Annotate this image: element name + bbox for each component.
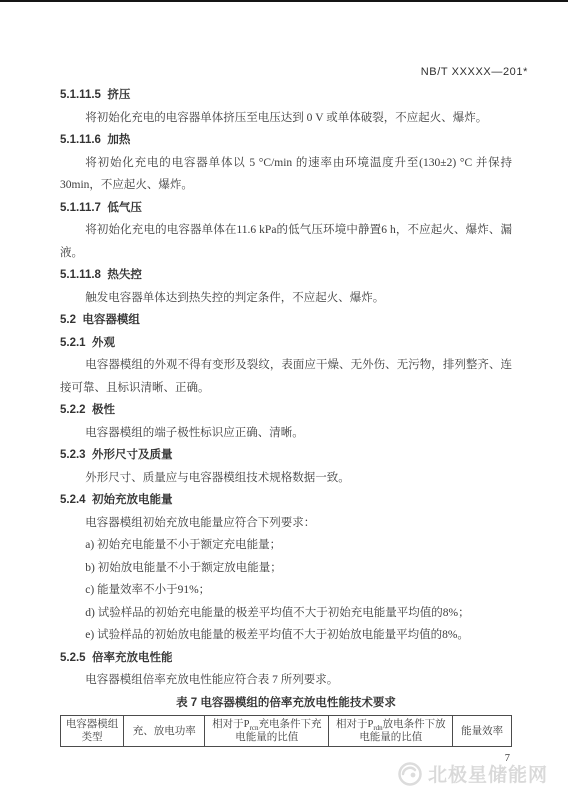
charge-ratio-prefix: 相对于P [212,719,249,730]
section-heading-5-1-11-7: 5.1.11.7 低气压 [60,197,512,220]
paragraph: 将初始化充电的电容器单体挤压至电压达到 0 V 或单体破裂，不应起火、爆炸。 [60,107,512,130]
paragraph: 电容器模组的外观不得有变形及裂纹，表面应干燥、无外伤、无污物，排列整齐、连接可靠… [60,354,512,399]
document-body: 5.1.11.5 挤压 将初始化充电的电容器单体挤压至电压达到 0 V 或单体破… [60,84,512,766]
table7-caption: 表 7 电容器模组的倍率充放电性能技术要求 [60,692,512,715]
top-border-line [0,0,568,2]
paragraph: 触发电容器单体达到热失控的判定条件，不应起火、爆炸。 [60,287,512,310]
watermark-text: 北极星储能网 [428,760,548,787]
section-heading-5-2-4: 5.2.4 初始充放电能量 [60,489,512,512]
section-heading-5-2: 5.2 电容器模组 [60,309,512,332]
paragraph: 电容器模组初始充放电能量应符合下列要求： [60,512,512,535]
table7-header-energy-efficiency: 能量效率 [453,716,512,747]
table7-header-power: 充、放电功率 [124,716,205,747]
section-heading-5-1-11-5: 5.1.11.5 挤压 [60,84,512,107]
paragraph: 电容器模组的端子极性标识应正确、清晰。 [60,422,512,445]
section-heading-5-1-11-8: 5.1.11.8 热失控 [60,264,512,287]
list-item-b: b) 初始放电能量不小于额定放电能量； [60,557,512,580]
watermark: 北极星储能网 [397,760,548,787]
standard-number-header: NB/T XXXXX—201* [421,66,528,78]
section-heading-5-2-3: 5.2.3 外形尺寸及质量 [60,444,512,467]
section-heading-5-2-2: 5.2.2 极性 [60,399,512,422]
paragraph: 将初始化充电的电容器单体以 5 °C/min 的速率由环境温度升至(130±2)… [60,152,512,197]
discharge-ratio-prefix: 相对于P [336,719,373,730]
list-item-a: a) 初始充电能量不小于额定充电能量； [60,534,512,557]
paragraph: 外形尺寸、质量应与电容器模组技术规格数据一致。 [60,467,512,490]
list-item-c: c) 能量效率不小于91%； [60,579,512,602]
beijixing-logo-icon [397,761,423,787]
table7: 电容器模组类型 充、放电功率 相对于Prcn充电条件下充电能量的比值 相对于Pr… [60,715,512,747]
section-heading-5-2-1: 5.2.1 外观 [60,332,512,355]
table7-header-discharge-ratio: 相对于Prdn放电条件下放电能量的比值 [329,716,453,747]
p-rdn-subscript: rdn [373,724,382,732]
section-heading-5-1-11-6: 5.1.11.6 加热 [60,129,512,152]
table7-header-row: 电容器模组类型 充、放电功率 相对于Prcn充电条件下充电能量的比值 相对于Pr… [61,716,512,747]
paragraph: 将初始化充电的电容器单体在11.6 kPa的低气压环境中静置6 h，不应起火、爆… [60,219,512,264]
table7-header-module-type: 电容器模组类型 [61,716,124,747]
section-heading-5-2-5: 5.2.5 倍率充放电性能 [60,647,512,670]
paragraph: 电容器模组倍率充放电性能应符合表 7 所列要求。 [60,669,512,692]
list-item-d: d) 试验样品的初始充电能量的极差平均值不大于初始充电能量平均值的8%； [60,602,512,625]
table7-header-charge-ratio: 相对于Prcn充电条件下充电能量的比值 [205,716,329,747]
list-item-e: e) 试验样品的初始放电能量的极差平均值不大于初始放电能量平均值的8%。 [60,624,512,647]
